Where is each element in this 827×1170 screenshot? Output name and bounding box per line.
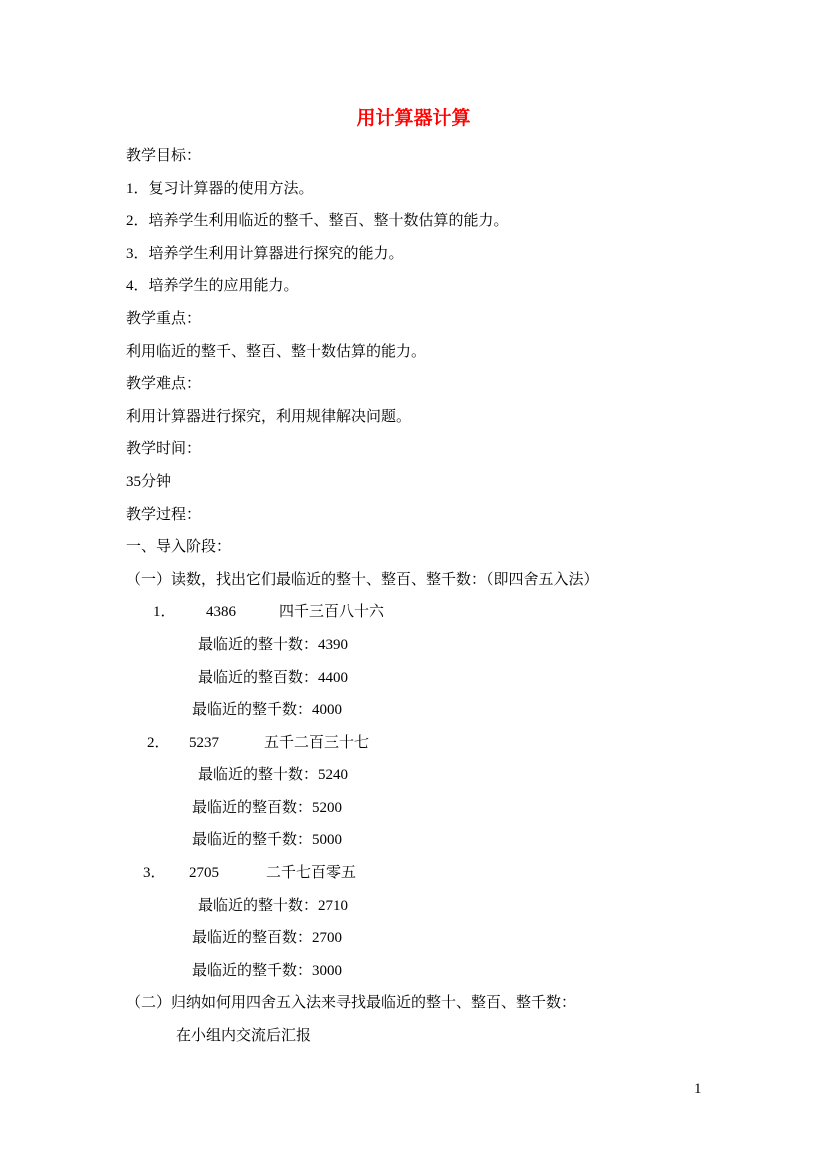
difficulties-text: 利用计算器进行探究，利用规律解决问题。	[126, 401, 727, 434]
document-body: 教学目标： 1．复习计算器的使用方法。 2．培养学生利用临近的整千、整百、整十数…	[126, 140, 727, 1053]
subsection-1-reading: （一）读数，找出它们最临近的整十、整百、整千数：（即四舍五入法）	[126, 564, 727, 597]
example-3-marker: 3．	[143, 857, 189, 890]
summary-activity: 在小组内交流后汇报	[126, 1020, 727, 1053]
example-1-marker: 1．	[153, 596, 206, 629]
example-2-header: 2．5237五千二百三十七	[126, 727, 727, 760]
heading-objectives: 教学目标：	[126, 140, 727, 173]
subsection-2-summary: （二）归纳如何用四舍五入法来寻找最临近的整十、整百、整千数：	[126, 987, 727, 1020]
example-3-reading: 二千七百零五	[266, 865, 356, 881]
heading-time: 教学时间：	[126, 433, 727, 466]
example-2-marker: 2．	[147, 727, 189, 760]
example-1-nearest-hundred: 最临近的整百数：4400	[126, 662, 727, 695]
page-number: 1	[694, 1080, 702, 1098]
document-page: 用计算器计算 教学目标： 1．复习计算器的使用方法。 2．培养学生利用临近的整千…	[0, 0, 827, 1170]
heading-process: 教学过程：	[126, 499, 727, 532]
objective-2: 2．培养学生利用临近的整千、整百、整十数估算的能力。	[126, 205, 727, 238]
example-3-nearest-hundred: 最临近的整百数：2700	[126, 922, 727, 955]
key-points-text: 利用临近的整千、整百、整十数估算的能力。	[126, 336, 727, 369]
example-1-reading: 四千三百八十六	[279, 604, 384, 620]
time-text: 35分钟	[126, 466, 727, 499]
example-2-number: 5237	[189, 727, 264, 760]
example-2-nearest-hundred: 最临近的整百数：5200	[126, 792, 727, 825]
heading-key-points: 教学重点：	[126, 303, 727, 336]
example-2-reading: 五千二百三十七	[264, 735, 369, 751]
objective-4: 4．培养学生的应用能力。	[126, 270, 727, 303]
section-1-intro: 一、导入阶段：	[126, 531, 727, 564]
objective-1: 1．复习计算器的使用方法。	[126, 173, 727, 206]
example-1-number: 4386	[206, 596, 279, 629]
example-2-nearest-thousand: 最临近的整千数：5000	[126, 824, 727, 857]
example-1-nearest-ten: 最临近的整十数：4390	[126, 629, 727, 662]
heading-difficulties: 教学难点：	[126, 368, 727, 401]
example-1-nearest-thousand: 最临近的整千数：4000	[126, 694, 727, 727]
example-3-header: 3．2705二千七百零五	[126, 857, 727, 890]
example-3-number: 2705	[189, 857, 266, 890]
document-title: 用计算器计算	[0, 104, 827, 134]
objective-3: 3．培养学生利用计算器进行探究的能力。	[126, 238, 727, 271]
example-2-nearest-ten: 最临近的整十数：5240	[126, 759, 727, 792]
example-1-header: 1．4386四千三百八十六	[126, 596, 727, 629]
example-3-nearest-ten: 最临近的整十数：2710	[126, 890, 727, 923]
example-3-nearest-thousand: 最临近的整千数：3000	[126, 955, 727, 988]
